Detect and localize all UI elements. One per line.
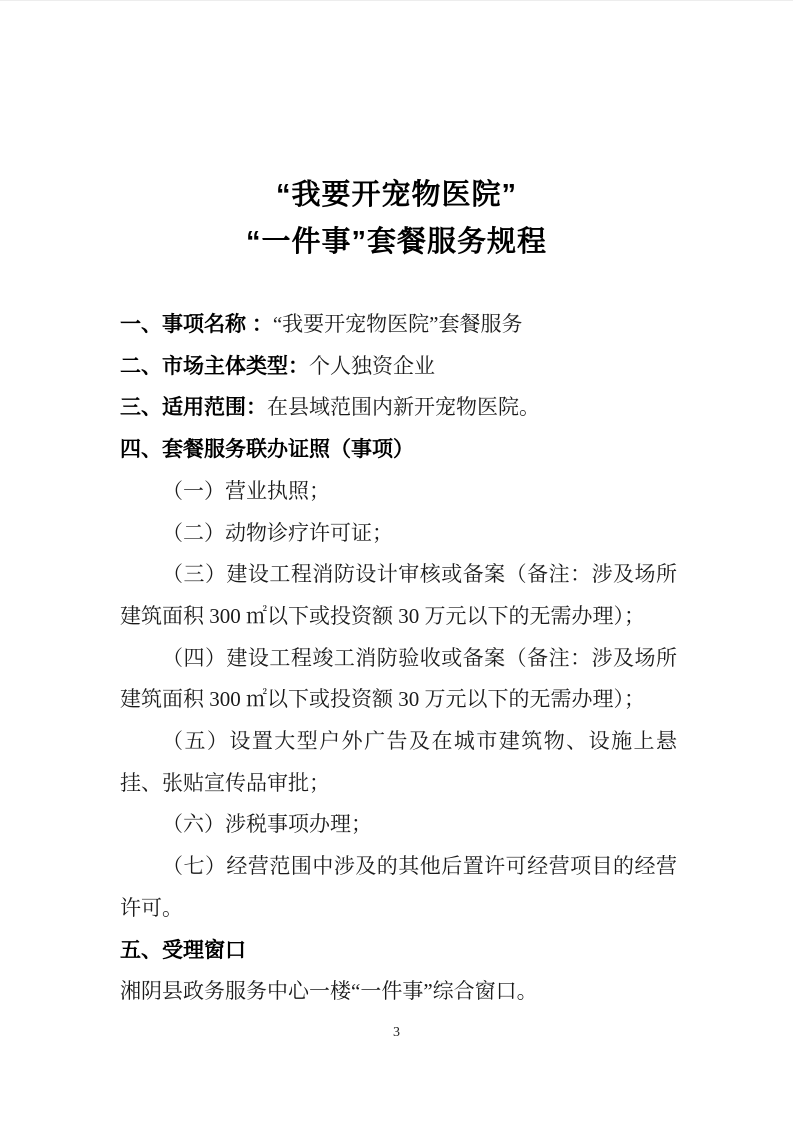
list-item-6-text: （六）涉税事项办理； [162, 812, 372, 836]
list-item-5: （五）设置大型户外广告及在城市建筑物、设施上悬挂、张贴宣传品审批； [120, 721, 677, 804]
list-item-2: （二）动物诊疗许可证； [120, 513, 677, 555]
list-item-7-text: （七）经营范围中涉及的其他后置许可经营项目的经营许可。 [120, 854, 677, 920]
list-item-4-text: （四）建设工程竣工消防验收或备案（备注：涉及场所建筑面积 300 ㎡以下或投资额… [120, 646, 677, 712]
list-item-4: （四）建设工程竣工消防验收或备案（备注：涉及场所建筑面积 300 ㎡以下或投资额… [120, 638, 677, 721]
para-acceptance-window-location-text: 湘阴县政务服务中心一楼“一件事”综合窗口。 [120, 979, 538, 1003]
page-number: 3 [0, 1023, 793, 1043]
heading-acceptance-window-label: 五、受理窗口 [120, 939, 246, 962]
list-item-2-text: （二）动物诊疗许可证； [162, 521, 393, 545]
para-applicable-scope: 三、适用范围：在县域范围内新开宠物医院。 [120, 387, 677, 429]
list-item-1: （一）营业执照； [120, 471, 677, 513]
list-item-6: （六）涉税事项办理； [120, 804, 677, 846]
para-acceptance-window-location: 湘阴县政务服务中心一楼“一件事”综合窗口。 [120, 971, 677, 1013]
heading-package-licenses: 四、套餐服务联办证照（事项） [120, 429, 677, 471]
para-market-entity-type-label: 二、市场主体类型： [120, 355, 309, 378]
document-title: “我要开宠物医院” “一件事”套餐服务规程 [0, 1, 793, 266]
list-item-7: （七）经营范围中涉及的其他后置许可经营项目的经营许可。 [120, 846, 677, 929]
para-item-name-text: “我要开宠物医院”套餐服务 [273, 312, 523, 336]
para-market-entity-type-text: 个人独资企业 [309, 354, 435, 378]
document-page: “我要开宠物医院” “一件事”套餐服务规程 一、事项名称 ：“我要开宠物医院”套… [0, 0, 793, 1122]
para-applicable-scope-label: 三、适用范围： [120, 396, 267, 419]
para-item-name: 一、事项名称 ：“我要开宠物医院”套餐服务 [120, 304, 677, 346]
list-item-3: （三）建设工程消防设计审核或备案（备注：涉及场所建筑面积 300 ㎡以下或投资额… [120, 554, 677, 637]
document-body: 一、事项名称 ：“我要开宠物医院”套餐服务 二、市场主体类型：个人独资企业 三、… [120, 304, 677, 1013]
para-item-name-label: 一、事项名称 ： [120, 313, 273, 336]
para-applicable-scope-text: 在县域范围内新开宠物医院。 [267, 395, 540, 419]
heading-package-licenses-label: 四、套餐服务联办证照（事项） [120, 438, 414, 461]
list-item-5-text: （五）设置大型户外广告及在城市建筑物、设施上悬挂、张贴宣传品审批； [120, 729, 677, 795]
list-item-1-text: （一）营业执照； [162, 479, 330, 503]
para-market-entity-type: 二、市场主体类型：个人独资企业 [120, 346, 677, 388]
doc-title-line-2: “一件事”套餐服务规程 [0, 219, 793, 266]
doc-title-line-1: “我要开宠物医院” [0, 172, 793, 219]
heading-acceptance-window: 五、受理窗口 [120, 930, 677, 972]
list-item-3-text: （三）建设工程消防设计审核或备案（备注：涉及场所建筑面积 300 ㎡以下或投资额… [120, 562, 677, 628]
